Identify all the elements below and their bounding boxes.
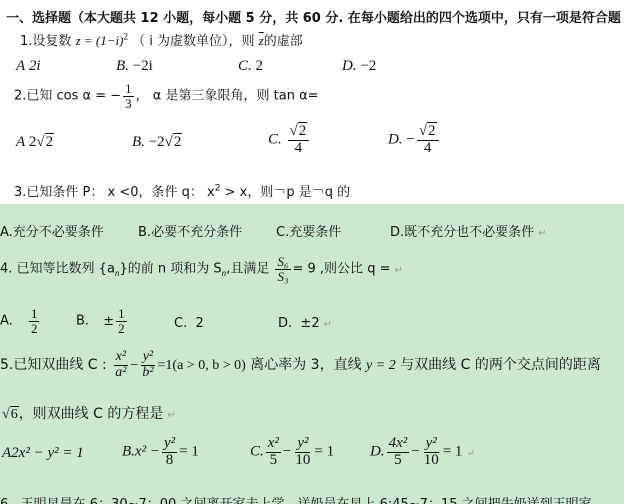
question-number: 4.: [0, 262, 12, 277]
option-d[interactable]: D. −2: [342, 58, 376, 75]
paragraph-mark-icon: ↵: [538, 228, 546, 239]
option-c[interactable]: C. √24: [268, 124, 311, 157]
question-1-options: A 2i B. −2i C. 2 D. −2: [16, 58, 616, 78]
option-b[interactable]: B. ±12: [76, 307, 129, 335]
paragraph-mark-icon: ↵: [394, 265, 402, 276]
paragraph-mark-icon: ↵: [466, 448, 474, 459]
option-d[interactable]: D. ±2↵: [278, 316, 332, 331]
option-b[interactable]: B. −2√2: [132, 134, 182, 151]
option-d[interactable]: D.既不充分也不必要条件↵: [390, 221, 547, 240]
option-d[interactable]: D. −√24: [388, 124, 441, 157]
question-number: 2.: [14, 89, 26, 104]
section-header: 一、选择题（本大题共 12 小题，每小题 5 分，共 60 分. 在每小题给出的…: [6, 7, 621, 26]
option-a[interactable]: A 2√2: [16, 134, 54, 151]
question-number: 1.: [20, 34, 32, 49]
option-b[interactable]: B.x² −y²8= 1: [122, 436, 199, 469]
question-3-stem: 3.已知条件 P： x <0，条件 q： x2 > x，则￢p 是￢q 的: [14, 181, 350, 200]
question-5-stem: 5.已知双曲线 C : x²a²−y²b²=1(a > 0, b > 0) 离心…: [0, 350, 601, 380]
question-number: 6.: [0, 497, 12, 504]
option-a[interactable]: A. 12: [0, 307, 41, 335]
question-2-options: A 2√2 B. −2√2 C. √24 D. −√24: [16, 124, 616, 164]
option-c[interactable]: C. 2: [238, 58, 263, 75]
option-c[interactable]: C. 2: [174, 316, 204, 331]
paragraph-mark-icon: ↵: [167, 410, 175, 421]
fraction: 13: [123, 82, 134, 110]
option-b[interactable]: B. −2i: [116, 58, 153, 75]
fraction: S₆S₃: [275, 255, 290, 283]
question-number: 3.: [14, 185, 26, 200]
question-2-stem: 2.已知 cos α = −13， α 是第三象限角，则 tan α=: [14, 82, 319, 110]
question-5-stem-line-2: √6，则双曲线 C 的方程是↵: [2, 403, 176, 423]
question-5-options: A2x² − y² = 1 B.x² −y²8= 1 C.x²5−y²10= 1…: [0, 436, 624, 480]
question-4-options: A. 12 B. ±12 C. 2 D. ±2↵: [0, 307, 624, 343]
option-a[interactable]: A.充分不必要条件: [0, 221, 104, 240]
option-a[interactable]: A 2i: [16, 58, 41, 75]
option-b[interactable]: B.必要不充分条件: [138, 221, 242, 240]
paragraph-mark-icon: ↵: [324, 319, 332, 330]
question-number: 5.: [0, 357, 13, 373]
question-4-stem: 4. 已知等比数列 {an}的前 n 项和为 Sn,且满足 S₆S₃= 9 ,则…: [0, 255, 403, 283]
question-1-stem: 1.设复数 z = (1−i)2 （ i 为虚数单位），则 z的虚部: [20, 30, 303, 49]
option-a[interactable]: A2x² − y² = 1: [2, 445, 84, 462]
option-c[interactable]: C.充要条件: [276, 221, 341, 240]
question-3-options: A.充分不必要条件 B.必要不充分条件 C.充要条件 D.既不充分也不必要条件↵: [0, 221, 624, 239]
option-d[interactable]: D.4x²5−y²10= 1↵: [370, 436, 475, 469]
option-c[interactable]: C.x²5−y²10= 1: [250, 436, 334, 469]
question-6-stem: 6. 王明早晨在 6：30~7：00 之间离开家去上学，送奶员在早上 6:45~…: [0, 493, 592, 504]
